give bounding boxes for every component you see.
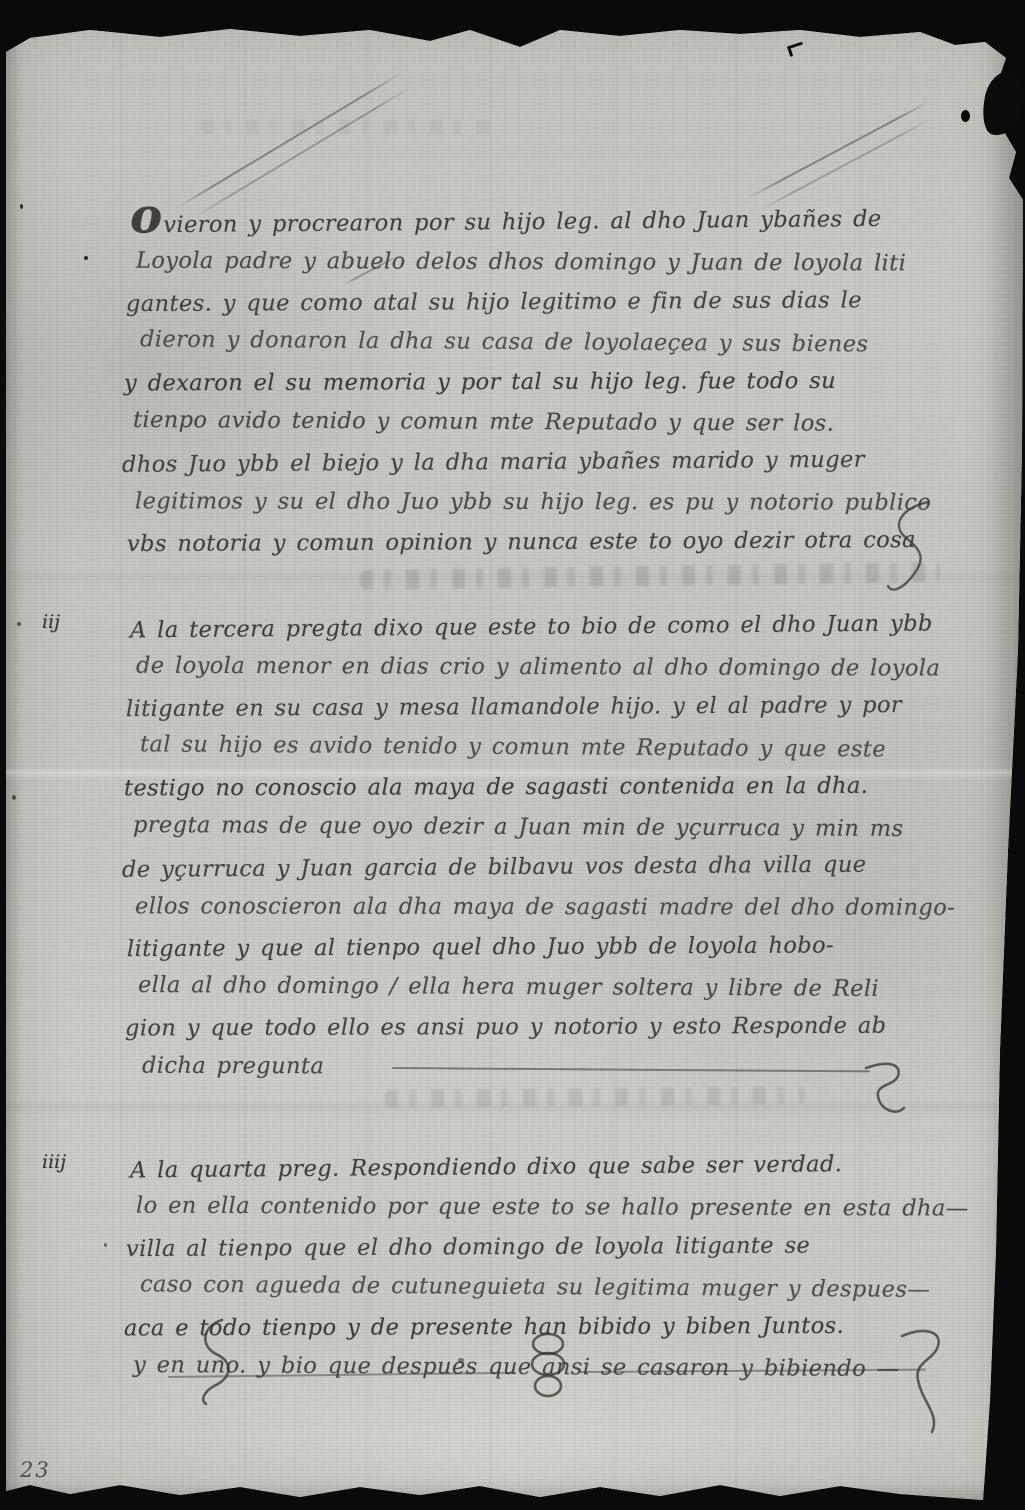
manuscript-line: aca e todo tienpo y de presente han bibi… <box>124 1306 916 1349</box>
manuscript-line: litigante en su casa y mesa llamandole h… <box>126 685 918 729</box>
manuscript-line: litigante y que al tienpo quel dho Juo y… <box>127 925 919 969</box>
paragraph-fourth-question: iiijA la quarta preg. Respondiendo dixo … <box>130 1147 922 1387</box>
text-block: ovieron y procrearon por su hijo leg. al… <box>130 193 922 1387</box>
folio-number: 23 <box>20 1458 51 1482</box>
manuscript-line: ovieron y procrearon por su hijo leg. al… <box>130 190 922 246</box>
ink-blotch <box>961 110 970 122</box>
ink-speck <box>20 204 23 209</box>
manuscript-line: caso con agueda de cutuneguieta su legit… <box>140 1264 932 1310</box>
ink-speck <box>104 1243 107 1247</box>
manuscript-line: ella al dho domingo / ella hera muger so… <box>138 965 930 1009</box>
manuscript-line: legitimos y su el dho Juo ybb su hijo le… <box>135 481 927 522</box>
manuscript-line: A la quarta preg. Respondiendo dixo que … <box>130 1144 922 1191</box>
manuscript-line: vbs notoria y comun opinion y nunca este… <box>127 520 919 564</box>
manuscript-line: lo en ella contenido por que este to se … <box>136 1186 928 1229</box>
margin-numeral: iij <box>42 611 60 633</box>
ink-speck <box>84 256 88 260</box>
manuscript-line: dieron y donaron la dha su casa de loyol… <box>140 319 932 365</box>
paragraph-third-question: iijA la tercera pregta dixo que este to … <box>130 607 922 1087</box>
manuscript-line: de loyola menor en dias crio y alimento … <box>136 646 928 689</box>
manuscript-line: Loyola padre y abuelo delos dhos domingo… <box>136 241 928 284</box>
manuscript-line: y en uno. y bio que despues que ansi se … <box>133 1345 925 1389</box>
manuscript-line: pregta mas de que oyo dezir a Juan min d… <box>133 805 925 849</box>
manuscript-scan: ovieron y procrearon por su hijo leg. al… <box>0 0 1025 1510</box>
manuscript-line: villa al tienpo que el dho domingo de lo… <box>126 1225 918 1269</box>
manuscript-line: tal su hijo es avido tenido y comun mte … <box>140 724 932 770</box>
manuscript-line: dhos Juo ybb el biejo y la dha maria yba… <box>122 439 914 485</box>
paragraph-deposition: ovieron y procrearon por su hijo leg. al… <box>130 193 922 562</box>
margin-numeral: iiij <box>42 1151 66 1173</box>
manuscript-line: y dexaron el su memoria y por tal su hij… <box>124 361 916 404</box>
manuscript-line: ellos conoscieron ala dha maya de sagast… <box>135 886 927 927</box>
ink-speck <box>17 622 21 626</box>
manuscript-line: de yçurruca y Juan garcia de bilbavu vos… <box>122 844 914 890</box>
manuscript-line: tienpo avido tenido y comun mte Reputado… <box>133 400 925 444</box>
manuscript-line: A la tercera pregta dixo que este to bio… <box>130 604 922 651</box>
ink-speck <box>458 1358 464 1363</box>
manuscript-line: gantes. y que como atal su hijo legitimo… <box>126 280 918 324</box>
manuscript-line: gion y que todo ello es ansi puo y notor… <box>125 1006 917 1049</box>
manuscript-line: testigo no conoscio ala maya de sagasti … <box>124 766 916 809</box>
ink-speck <box>12 795 16 800</box>
